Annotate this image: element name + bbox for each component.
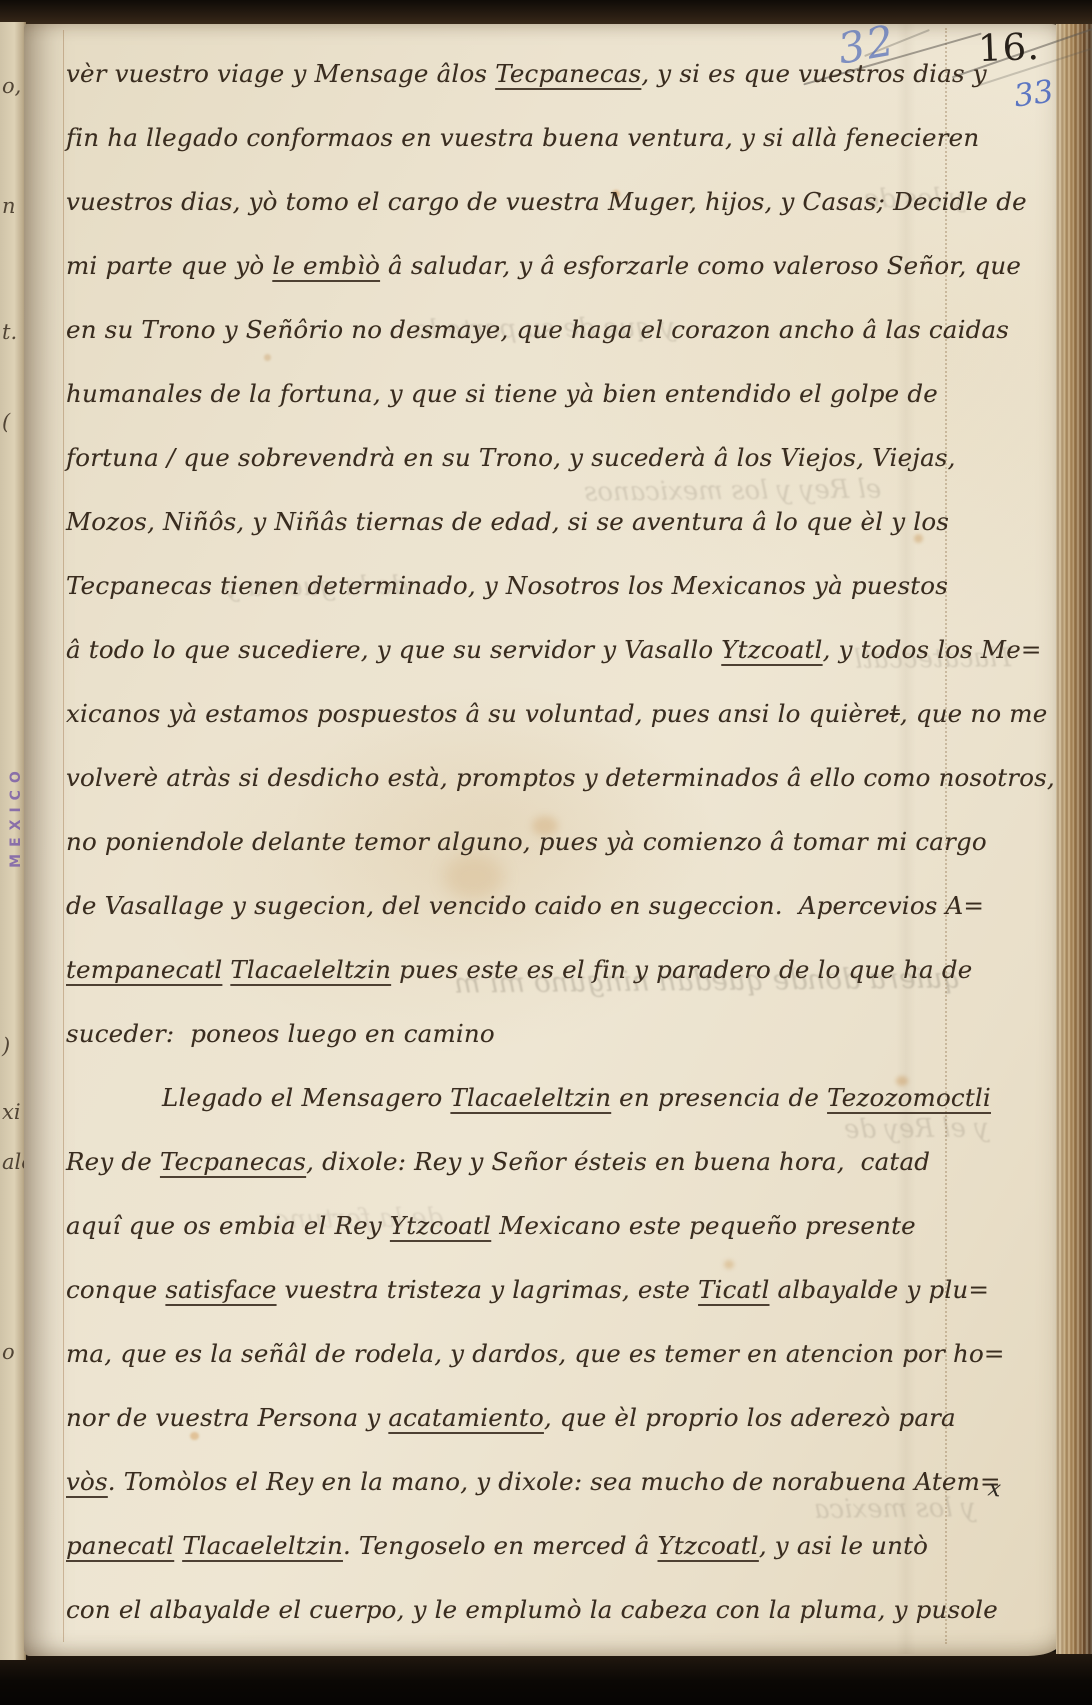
underlined-word: Tezozomoctli xyxy=(827,1083,991,1112)
edge-text-fragment: o xyxy=(2,1340,15,1364)
underlined-word: Tlacaeleltzin xyxy=(182,1531,343,1560)
underlined-word: panecatl xyxy=(66,1531,174,1560)
manuscript-line: xicanos yà estamos pospuestos â su volun… xyxy=(66,682,946,746)
underlined-word: Tlacaeleltzin xyxy=(230,955,391,984)
handwritten-text: volverè atràs si desdicho està, promptos… xyxy=(66,763,1055,792)
manuscript-line: no poniendole delante temor alguno, pues… xyxy=(66,810,946,874)
manuscript-line: nor de vuestra Persona y acatamiento, qu… xyxy=(66,1386,946,1450)
manuscript-line: Rey de Tecpanecas, dixole: Rey y Señor é… xyxy=(66,1130,946,1194)
edge-text-fragment: o, xyxy=(2,74,21,98)
handwritten-text: con el albayalde el cuerpo, y le emplumò… xyxy=(66,1595,998,1624)
handwritten-text: , que no me xyxy=(900,699,1048,728)
handwritten-text: , y si es que vuestros dias y xyxy=(641,59,987,88)
archive-stamp-mexico: MEXICO xyxy=(8,736,24,896)
underlined-word: Tecpanecas xyxy=(160,1147,306,1176)
handwritten-text: â saludar, y â esforzarle como valeroso … xyxy=(380,251,1021,280)
manuscript-line: vèr vuestro viage y Mensage âlos Tecpane… xyxy=(66,42,946,106)
manuscript-line: suceder: poneos luego en camino xyxy=(66,1002,946,1066)
underlined-word: vòs xyxy=(66,1467,108,1496)
binding-shadow-bottom xyxy=(0,1652,1092,1705)
manuscript-page-scan: { "page": { "folio_number": "16.", "blue… xyxy=(0,0,1092,1705)
manuscript-line: vòs. Tomòlos el Rey en la mano, y dixole… xyxy=(66,1450,946,1514)
underlined-word: Tlacaeleltzin xyxy=(450,1083,611,1112)
handwritten-text: nor de vuestra Persona y xyxy=(66,1403,388,1432)
manuscript-line: aquî que os embia el Rey Ytzcoatl Mexica… xyxy=(66,1194,946,1258)
edge-text-fragment: n xyxy=(2,194,16,218)
handwritten-text: Mexicano este pequeño presente xyxy=(491,1211,916,1240)
manuscript-line: Mozos, Niñôs, y Niñâs tiernas de edad, s… xyxy=(66,490,946,554)
manuscript-line: Tecpanecas tienen determinado, y Nosotro… xyxy=(66,554,946,618)
handwritten-text: fortuna / que sobrevendrà en su Trono, y… xyxy=(66,443,956,472)
underlined-word: satisface xyxy=(165,1275,276,1304)
handwritten-text: ma, que es la señâl de rodela, y dardos,… xyxy=(66,1339,1005,1368)
handwritten-text: , dixole: Rey y Señor ésteis en buena ho… xyxy=(306,1147,930,1176)
edge-text-fragment: ( xyxy=(2,410,10,434)
handwritten-text: aquî que os embia el Rey xyxy=(66,1211,390,1240)
handwritten-text: fin ha llegado conformaos en vuestra bue… xyxy=(66,123,979,152)
handwritten-text: . Tengoselo en merced â xyxy=(343,1531,658,1560)
handwritten-text: Mozos, Niñôs, y Niñâs tiernas de edad, s… xyxy=(66,507,949,536)
handwritten-text: , y asi le untò xyxy=(759,1531,928,1560)
handwritten-text: humanales de la fortuna, y que si tiene … xyxy=(66,379,938,408)
manuscript-text-block: vèr vuestro viage y Mensage âlos Tecpane… xyxy=(66,42,946,1642)
margin-x-mark: x xyxy=(987,1475,1003,1502)
manuscript-line: panecatl Tlacaeleltzin. Tengoselo en mer… xyxy=(66,1514,946,1578)
handwritten-text: suceder: poneos luego en camino xyxy=(66,1019,495,1048)
handwritten-text: Llegado el Mensagero xyxy=(162,1083,450,1112)
left-margin-rule xyxy=(63,30,64,1642)
handwritten-text: vuestra tristeza y lagrimas, este xyxy=(277,1275,699,1304)
manuscript-line: con el albayalde el cuerpo, y le emplumò… xyxy=(66,1578,946,1642)
handwritten-text: , y todos los Me= xyxy=(823,635,1042,664)
manuscript-line: mi parte que yò le embìò â saludar, y â … xyxy=(66,234,946,298)
handwritten-text: en su Trono y Señôrio no desmaye, que ha… xyxy=(66,315,1009,344)
underlined-word: Ytzcoatl xyxy=(658,1531,759,1560)
underlined-word: Tecpanecas xyxy=(495,59,641,88)
handwritten-text: en presencia de xyxy=(611,1083,827,1112)
manuscript-line: de Vasallage y sugecion, del vencido cai… xyxy=(66,874,946,938)
handwritten-text: . Tomòlos el Rey en la mano, y dixole: s… xyxy=(108,1467,1001,1496)
handwritten-text: pues este es el fin y paradero de lo que… xyxy=(391,955,972,984)
handwritten-text: no poniendole delante temor alguno, pues… xyxy=(66,827,987,856)
manuscript-line: ma, que es la señâl de rodela, y dardos,… xyxy=(66,1322,946,1386)
handwritten-text: t xyxy=(890,699,900,728)
underlined-word: le embìò xyxy=(272,251,380,280)
manuscript-line: â todo lo que sucediere, y que su servid… xyxy=(66,618,946,682)
underlined-word: Ytzcoatl xyxy=(390,1211,491,1240)
handwritten-text: mi parte que yò xyxy=(66,251,272,280)
underlined-word: tempanecatl xyxy=(66,955,222,984)
manuscript-line: fortuna / que sobrevendrà en su Trono, y… xyxy=(66,426,946,490)
manuscript-line: humanales de la fortuna, y que si tiene … xyxy=(66,362,946,426)
handwritten-text: Rey de xyxy=(66,1147,160,1176)
handwritten-text: xicanos yà estamos pospuestos â su volun… xyxy=(66,699,890,728)
underlined-word: Ticatl xyxy=(698,1275,769,1304)
handwritten-text: de Vasallage y sugecion, del vencido cai… xyxy=(66,891,984,920)
underlined-word: Ytzcoatl xyxy=(721,635,822,664)
manuscript-line: fin ha llegado conformaos en vuestra bue… xyxy=(66,106,946,170)
edge-text-fragment: t. xyxy=(2,320,17,344)
manuscript-line: conque satisface vuestra tristeza y lagr… xyxy=(66,1258,946,1322)
manuscript-line: volverè atràs si desdicho està, promptos… xyxy=(66,746,946,810)
handwritten-text: conque xyxy=(66,1275,165,1304)
manuscript-line: Llegado el Mensagero Tlacaeleltzin en pr… xyxy=(66,1066,946,1130)
edge-text-fragment: xi xyxy=(2,1100,21,1124)
underlined-word: acatamiento xyxy=(388,1403,544,1432)
handwritten-text: , que èl proprio los aderezò para xyxy=(544,1403,956,1432)
handwritten-text: albayalde y plu= xyxy=(769,1275,989,1304)
blue-folio-number: 33 xyxy=(1012,73,1056,114)
manuscript-line: en su Trono y Señôrio no desmaye, que ha… xyxy=(66,298,946,362)
book-page-edges xyxy=(1056,24,1092,1654)
edge-text-fragment: ale xyxy=(2,1150,26,1174)
edge-text-fragment: ) xyxy=(2,1034,10,1058)
handwritten-text: vuestros dias, yò tomo el cargo de vuest… xyxy=(66,187,1027,216)
facing-page-edge: o, n t. ( ) xi ale o MEXICO xyxy=(0,22,26,1660)
handwritten-text: vèr vuestro viage y Mensage âlos xyxy=(66,59,495,88)
manuscript-line: tempanecatl Tlacaeleltzin pues este es e… xyxy=(66,938,946,1002)
handwritten-text xyxy=(174,1531,182,1560)
handwritten-text: Tecpanecas tienen determinado, y Nosotro… xyxy=(66,571,948,600)
handwritten-text: â todo lo que sucediere, y que su servid… xyxy=(66,635,721,664)
manuscript-line: vuestros dias, yò tomo el cargo de vuest… xyxy=(66,170,946,234)
